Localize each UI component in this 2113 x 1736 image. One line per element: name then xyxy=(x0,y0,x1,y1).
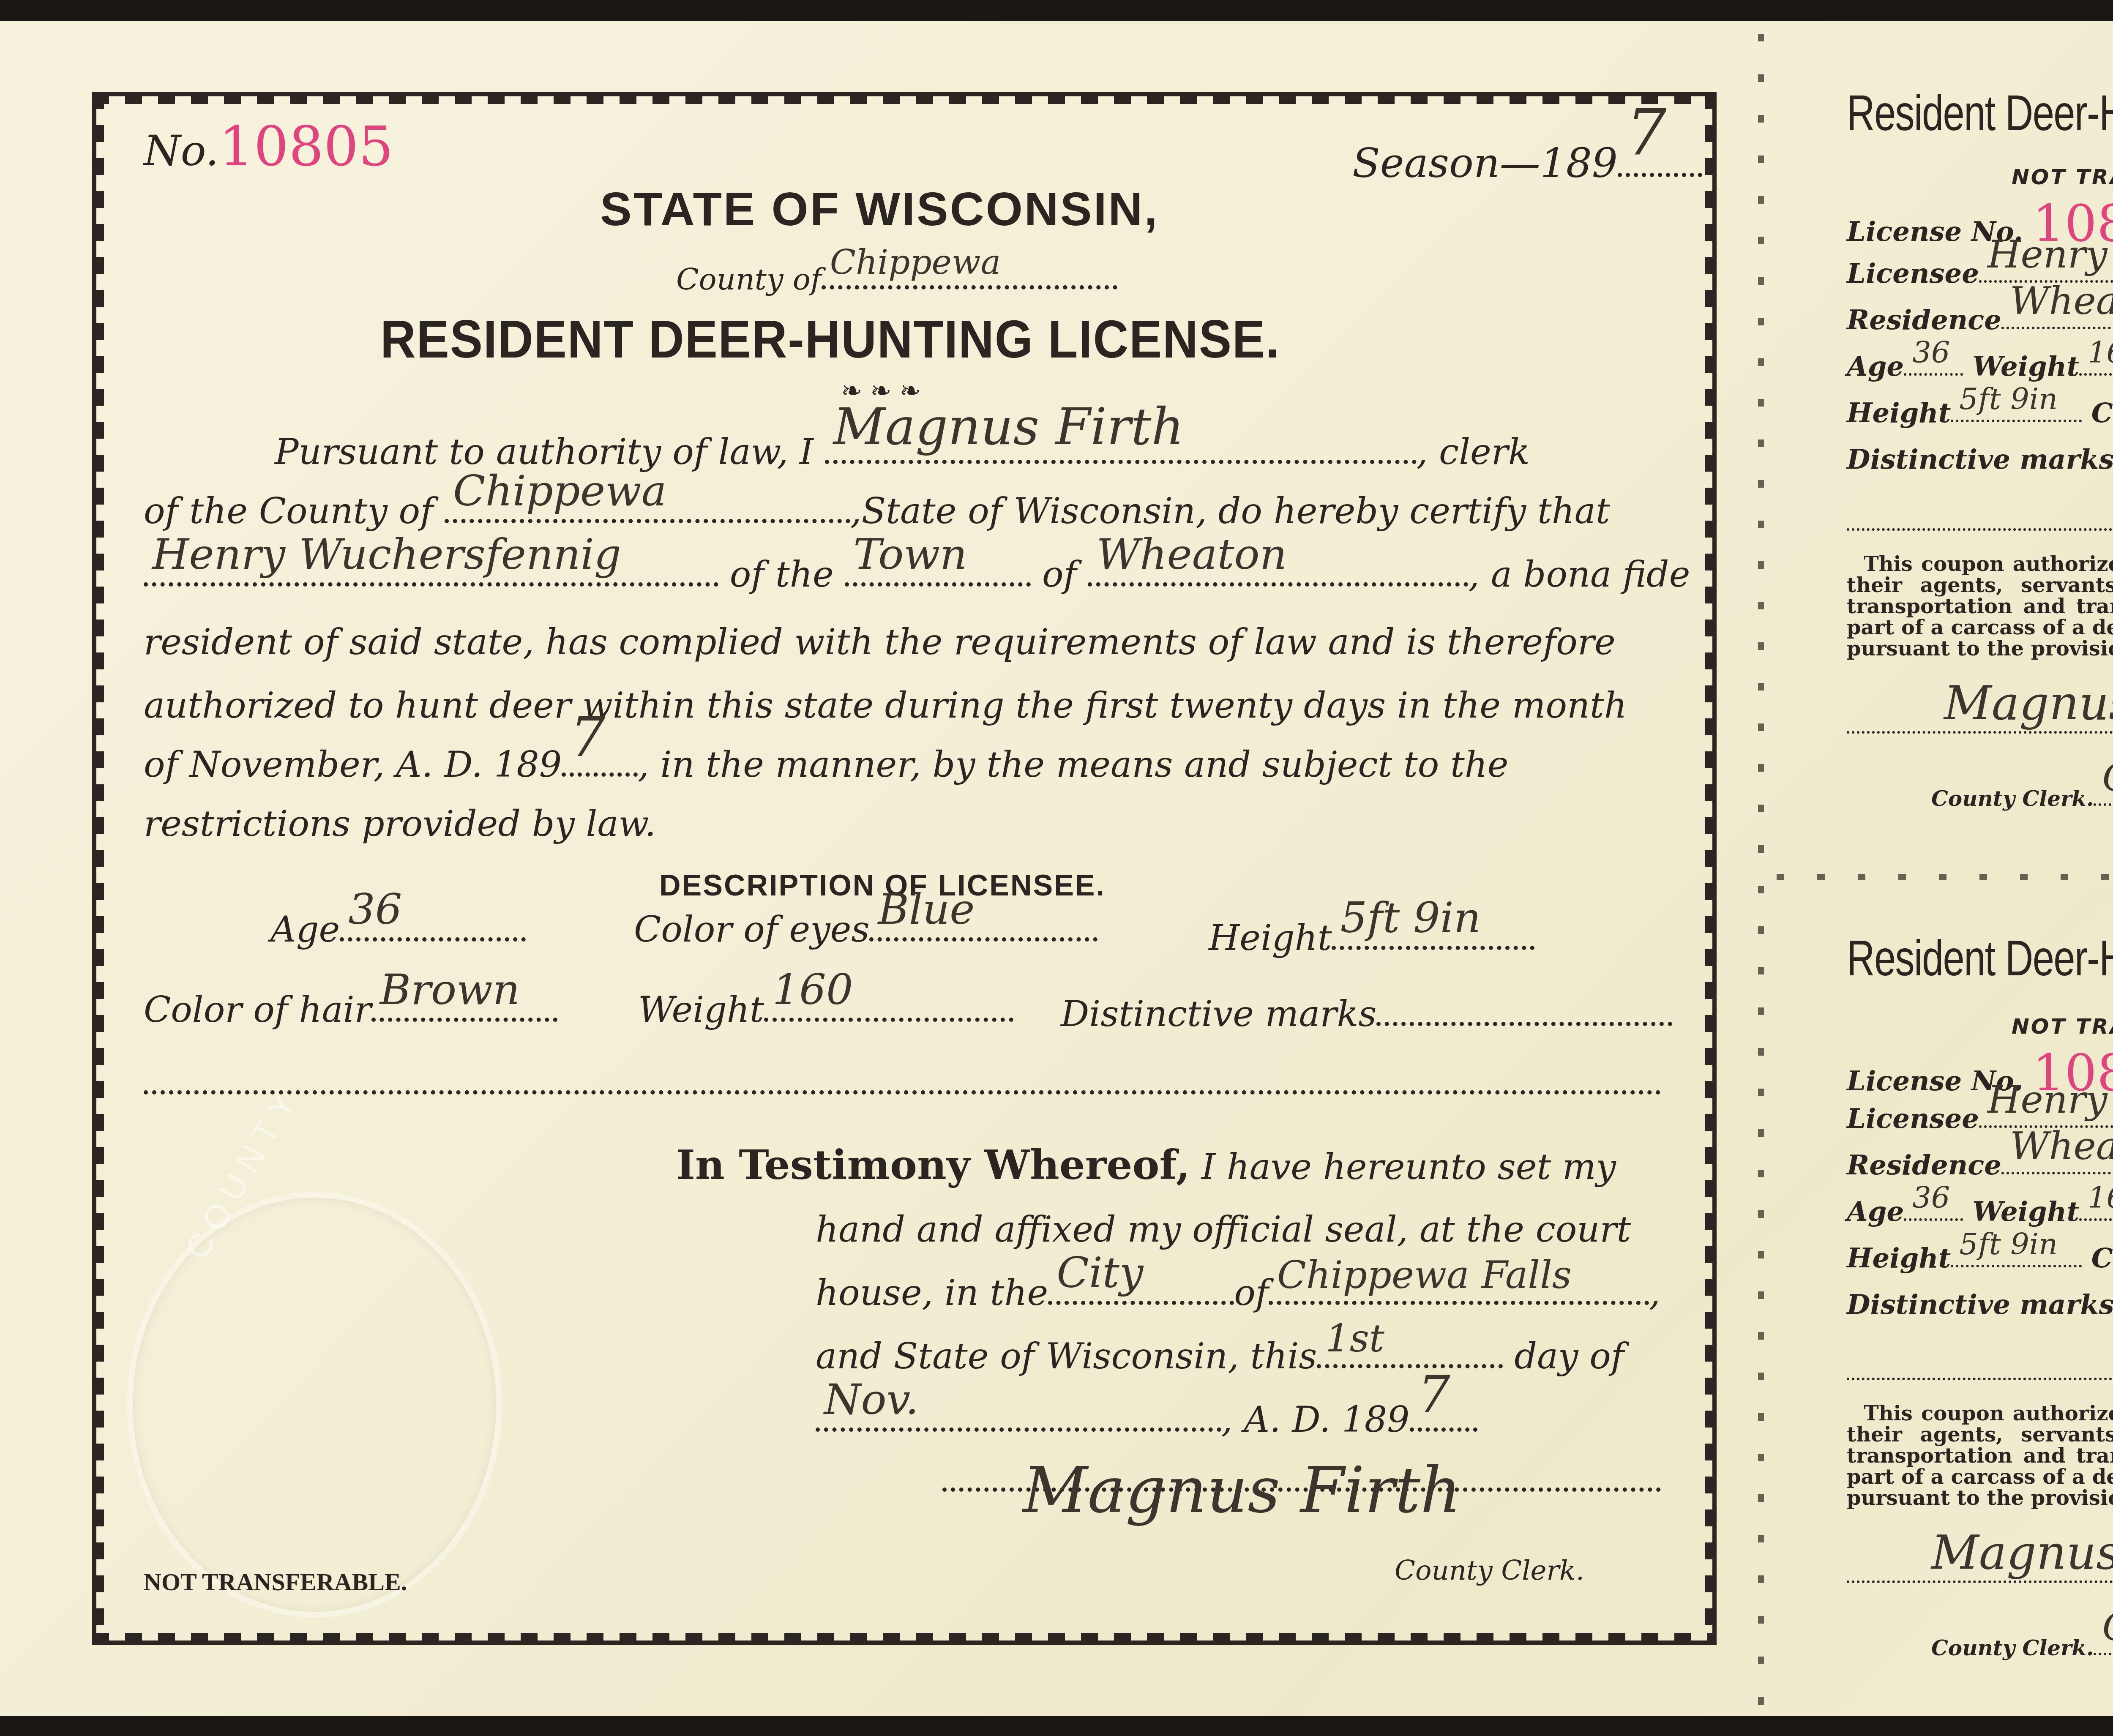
coupon-marks: Distinctive marks xyxy=(1847,444,2113,475)
weight-value: 160 xyxy=(2088,1180,2113,1215)
not-transferable: NOT TRANSFERABLE. xyxy=(144,1568,407,1596)
body-text: ,State of Wisconsin, do hereby certify t… xyxy=(850,490,1610,532)
hair-label: Color of hair xyxy=(144,989,371,1030)
licensee-label: Licensee xyxy=(1847,258,1979,289)
testimony-line-2: hand and affixed my official seal, at th… xyxy=(816,1209,1631,1250)
season-year-digit: 7 xyxy=(1626,96,1666,169)
county-value: Chippewa xyxy=(830,243,1001,282)
hair-value: Brown xyxy=(380,965,520,1014)
coupon-authorization-text: This coupon authorizes all transportatio… xyxy=(1847,1403,2113,1509)
weight-value: 160 xyxy=(2088,335,2113,370)
marks-continuation-line xyxy=(1847,528,2113,531)
body-text: , clerk xyxy=(1417,431,1530,472)
weight-label: Weight xyxy=(638,989,764,1030)
body-text: , xyxy=(1649,1272,1660,1313)
testimony-line-4: and State of Wisconsin, this1st day of xyxy=(816,1335,1624,1377)
body-text: , a bona fide xyxy=(1468,554,1690,595)
marks-continuation-line xyxy=(144,1090,1661,1095)
coupon-age-weight-hair: Age36 Weight160 Color of hairBrown xyxy=(1847,351,2113,382)
clerk-name: Magnus Firth xyxy=(833,398,1184,456)
eyes-label: Color of eyes xyxy=(634,909,869,950)
season-label: Season—189 xyxy=(1352,139,1618,187)
signature-title: County Clerk. xyxy=(1395,1555,1584,1586)
year-digit: 7 xyxy=(1418,1365,1450,1424)
age-label: Age xyxy=(270,909,340,950)
day-value: 1st xyxy=(1325,1316,1384,1361)
licensee-name: Henry Wuchersfennig xyxy=(152,530,621,579)
weight-label: Weight xyxy=(1972,1196,2079,1228)
license-title: RESIDENT DEER-HUNTING LICENSE. xyxy=(380,308,1280,370)
testimony-line-1: In Testimony Whereof, I have hereunto se… xyxy=(676,1141,1616,1189)
age-value: 36 xyxy=(1912,1180,1950,1215)
body-text: I have hereunto set my xyxy=(1201,1146,1616,1187)
testimony-line-3: house, in theCityofChippewa Falls, xyxy=(816,1272,1660,1313)
clerk-signature: Magnus Firth xyxy=(1023,1454,1461,1527)
body-text: , in the manner, by the means and subjec… xyxy=(638,744,1508,785)
age-label: Age xyxy=(1847,351,1904,382)
coupon-title: Resident Deer-Hunting License Coupon. xyxy=(1847,85,2113,142)
clerk-label: County Clerk. xyxy=(1931,1635,2094,1660)
coupon-height-eyes: Height5ft 9in Color of eyesBlue xyxy=(1847,1242,2113,1274)
eyes-label: Color of eyes xyxy=(2091,397,2113,429)
eyes-field: Color of eyesBlue xyxy=(634,909,1097,950)
season: Season—1897 xyxy=(1352,139,1702,187)
eyes-label: Color of eyes xyxy=(2091,1242,2113,1274)
county-value: Chippewa xyxy=(2102,756,2113,800)
horizontal-perforation xyxy=(1764,874,2113,880)
height-value: 5ft 9in xyxy=(1340,893,1481,942)
body-line-5: authorized to hunt deer within this stat… xyxy=(144,685,1627,726)
coupon-authorization-text: This coupon authorizes all transportatio… xyxy=(1847,554,2113,659)
height-label: Height xyxy=(1847,397,1951,429)
town-type: Town xyxy=(853,530,967,579)
age-value: 36 xyxy=(1912,335,1950,370)
embossed-county-seal xyxy=(127,1192,502,1618)
county-label: County of xyxy=(676,262,822,297)
body-line-7: restrictions provided by law. xyxy=(144,803,656,844)
marks-field: Distinctive marks xyxy=(1061,993,1672,1035)
body-text: , A. D. 189 xyxy=(1221,1399,1410,1440)
eyes-value: Blue xyxy=(878,884,975,934)
place-type: City xyxy=(1056,1248,1143,1297)
license-number: No.10805 xyxy=(144,114,393,178)
coupon-signature-line xyxy=(1847,1580,2113,1583)
weight-label: Weight xyxy=(1972,351,2079,382)
coupon-age-weight-hair: Age36 Weight160 Color of hairBrown xyxy=(1847,1196,2113,1228)
county-value: Chippewa xyxy=(2102,1605,2113,1649)
body-text: of xyxy=(1234,1272,1269,1313)
licensee-label: Licensee xyxy=(1847,1103,1979,1135)
residence-label: Residence xyxy=(1847,304,2001,336)
year-digit: 7 xyxy=(570,705,605,769)
state-title: STATE OF WISCONSIN, xyxy=(600,182,1159,236)
body-text: house, in the xyxy=(816,1272,1048,1313)
coupon-signature-line xyxy=(1847,731,2113,734)
license-number-stamp: 10805 xyxy=(219,114,394,178)
body-line-2: of the County of Chippewa,State of Wisco… xyxy=(144,490,1610,532)
marks-label: Distinctive marks xyxy=(1847,444,2113,475)
age-field: Age36 xyxy=(270,909,526,950)
body-text: of the xyxy=(730,554,834,595)
body-line-6: of November, A. D. 1897, in the manner, … xyxy=(144,744,1509,785)
coupon-county-clerk: County Clerk.ChippewaCounty. xyxy=(1931,786,2113,811)
testimony-line-5: Nov., A. D. 1897 xyxy=(816,1399,1477,1440)
weight-value: 160 xyxy=(773,965,853,1014)
height-label: Height xyxy=(1209,917,1332,958)
body-text: of the County of xyxy=(144,490,433,532)
residence-value: Wheaton xyxy=(2010,1124,2113,1168)
hair-field: Color of hairBrown xyxy=(144,989,557,1030)
testimony-lead: In Testimony Whereof, xyxy=(676,1141,1190,1189)
marks-label: Distinctive marks xyxy=(1061,993,1376,1035)
vertical-perforation xyxy=(1758,21,1764,1716)
body-text: day of xyxy=(1514,1335,1624,1377)
licensee-value: Henry Wuchersfennig xyxy=(1987,232,2113,277)
place-name: Chippewa Falls xyxy=(1277,1253,1572,1297)
weight-field: Weight160 xyxy=(638,989,1013,1030)
coupon-1: Resident Deer-Hunting License Coupon. NO… xyxy=(1847,85,2113,845)
age-label: Age xyxy=(1847,1196,1904,1228)
coupon-county-clerk: County Clerk.ChippewaCounty. xyxy=(1931,1635,2113,1660)
coupon-not-transferable: NOT TRANSFERABLE. xyxy=(2012,1014,2113,1039)
coupon-2: Resident Deer-Hunting License Coupon. NO… xyxy=(1847,930,2113,1690)
license-number-label: No. xyxy=(144,126,219,175)
county-value: Chippewa xyxy=(453,466,666,516)
height-label: Height xyxy=(1847,1242,1951,1274)
body-text: of xyxy=(1042,554,1077,595)
coupon-marks: Distinctive marks xyxy=(1847,1289,2113,1321)
marks-label: Distinctive marks xyxy=(1847,1289,2113,1321)
height-value: 5ft 9in xyxy=(1959,1227,2058,1261)
height-field: Height5ft 9in xyxy=(1209,917,1534,958)
coupon-signature: Magnus Firth xyxy=(1944,676,2113,730)
coupon-residence: ResidenceWheaton, Wisconsin. xyxy=(1847,1149,2113,1181)
height-value: 5ft 9in xyxy=(1959,382,2058,416)
age-value: 36 xyxy=(348,884,402,934)
coupon-title: Resident Deer-Hunting License Coupon. xyxy=(1847,930,2113,987)
residence-label: Residence xyxy=(1847,1149,2001,1181)
licensee-value: Henry Wuchersfennig xyxy=(1987,1078,2113,1122)
residence-value: Wheaton xyxy=(2010,279,2113,323)
coupon-signature: Magnus Firth xyxy=(1931,1526,2113,1580)
coupon-height-eyes: Height5ft 9in Color of eyesBlue xyxy=(1847,397,2113,429)
coupon-residence: ResidenceWheaton, Wisconsin. xyxy=(1847,304,2113,336)
clerk-label: County Clerk. xyxy=(1931,786,2094,811)
marks-continuation-line xyxy=(1847,1378,2113,1380)
coupon-not-transferable: NOT TRANSFERABLE. xyxy=(2012,165,2113,189)
county-header: County ofChippewa xyxy=(676,262,1117,297)
body-text: of November, A. D. 189 xyxy=(144,744,562,785)
town-name: Wheaton xyxy=(1096,530,1287,579)
body-line-3: Henry Wuchersfennig of the Town of Wheat… xyxy=(144,554,1690,595)
body-text: and State of Wisconsin, this xyxy=(816,1335,1317,1377)
month-value: Nov. xyxy=(824,1375,919,1424)
body-line-4: resident of said state, has complied wit… xyxy=(144,621,1616,663)
